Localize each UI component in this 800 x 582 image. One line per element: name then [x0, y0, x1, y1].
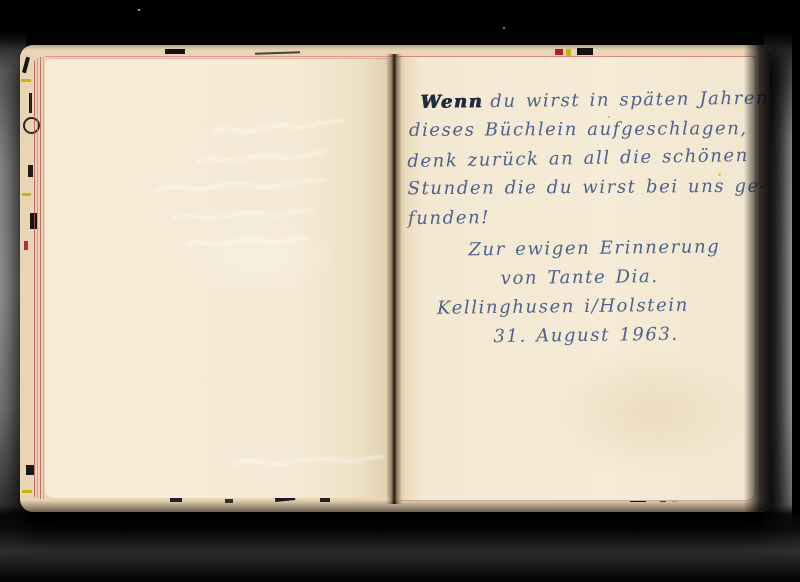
ghost-writing	[45, 58, 390, 498]
cover-pattern-mark	[165, 49, 185, 54]
cover-pattern-mark	[22, 490, 32, 493]
verse-line-5: funden!	[408, 200, 752, 233]
poetry-album-book: Wenndu wirst in späten Jahren dieses Büc…	[20, 45, 770, 512]
dust-speck	[785, 252, 788, 254]
dedication-line-2: von Tante Dia.	[409, 261, 753, 294]
cover-pattern-mark	[24, 241, 28, 250]
dedication-line-1: Zur ewigen Erinnerung	[408, 232, 752, 265]
scanner-background-bottom	[0, 505, 800, 582]
cover-pattern-mark	[577, 48, 593, 55]
place-line: Kellinghusen i/Holstein	[409, 290, 753, 323]
verse-line-2: dieses Büchlein aufgeschlagen,	[407, 114, 751, 145]
right-page: Wenndu wirst in späten Jahren dieses Büc…	[398, 56, 756, 501]
cover-pattern-mark	[22, 193, 31, 196]
dust-speck	[718, 173, 721, 176]
scanner-background-top	[0, 0, 800, 50]
cover-pattern-mark	[320, 498, 330, 502]
cover-pattern-mark	[255, 51, 300, 55]
left-page	[45, 58, 390, 498]
book-spine-gutter	[386, 54, 402, 504]
verse-line-1-rest: du wirst in späten Jahren	[490, 88, 769, 112]
date-line: 31. August 1963.	[409, 319, 753, 352]
handwriting-entry: Wenndu wirst in späten Jahren dieses Büc…	[406, 84, 753, 352]
verse-line-4: Stunden die du wirst bei uns ge-	[408, 172, 752, 203]
cover-pattern-mark	[21, 79, 31, 82]
verse-line-1: Wenndu wirst in späten Jahren	[406, 84, 750, 117]
dust-speck	[503, 27, 505, 29]
verse-line-3: denk zurück an all die schönen	[407, 141, 751, 176]
overwritten-word: Wenn	[420, 91, 483, 113]
cover-pattern-mark	[225, 499, 233, 503]
scanner-background-edge	[792, 0, 800, 582]
cover-pattern-mark	[566, 49, 571, 56]
dust-speck	[608, 116, 610, 118]
cover-pattern-mark	[555, 49, 563, 55]
scanned-photo: Wenndu wirst in späten Jahren dieses Büc…	[0, 0, 800, 582]
cover-pattern-mark	[22, 57, 30, 73]
dust-speck	[138, 9, 140, 11]
